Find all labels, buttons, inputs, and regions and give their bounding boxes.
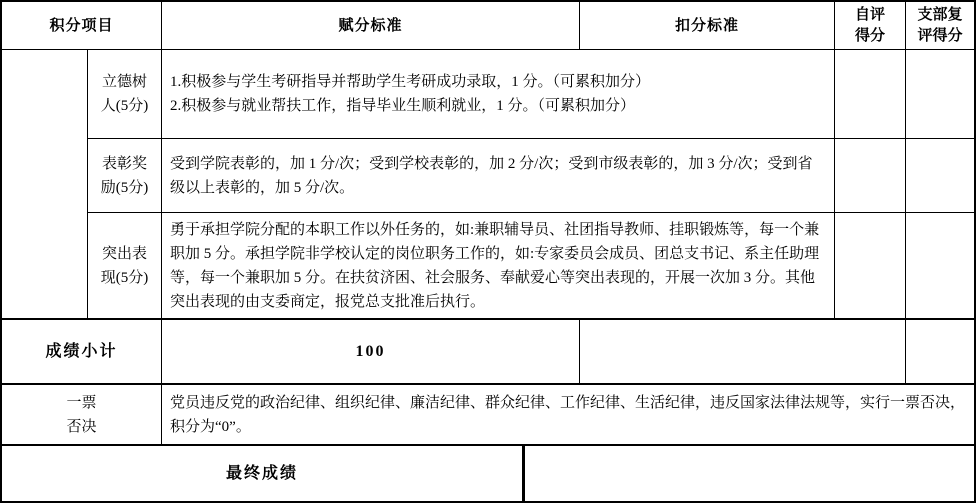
header-award-standard: 赋分标准 bbox=[162, 2, 580, 50]
header-branch-score: 支部复 评得分 bbox=[906, 2, 974, 50]
self-score-cell[interactable] bbox=[835, 50, 906, 139]
header-deduction-standard: 扣分标准 bbox=[580, 2, 835, 50]
category-spacer-cell bbox=[2, 50, 88, 320]
branch-score-cell[interactable] bbox=[906, 213, 974, 320]
score-table: 积分项目 赋分标准 扣分标准 自评 得分 支部复 评得分 立德树 人(5分) 1… bbox=[0, 0, 976, 503]
row-label-commendation-award: 表彰奖 励(5分) bbox=[88, 139, 162, 213]
branch-score-cell[interactable] bbox=[906, 139, 974, 213]
subtotal-branch-score-cell[interactable] bbox=[906, 320, 974, 385]
self-score-cell[interactable] bbox=[835, 213, 906, 320]
header-self-score: 自评 得分 bbox=[835, 2, 906, 50]
veto-label: 一票 否决 bbox=[2, 385, 162, 446]
row-text-outstanding-performance: 勇于承担学院分配的本职工作以外任务的，如:兼职辅导员、社团指导教师、挂职锻炼等，… bbox=[162, 213, 835, 320]
row-label-outstanding-performance: 突出表 现(5分) bbox=[88, 213, 162, 320]
row-label-moral-education: 立德树 人(5分) bbox=[88, 50, 162, 139]
self-score-cell[interactable] bbox=[835, 139, 906, 213]
veto-text: 党员违反党的政治纪律、组织纪律、廉洁纪律、群众纪律、工作纪律、生活纪律，违反国家… bbox=[162, 385, 974, 446]
score-table-document: 积分项目 赋分标准 扣分标准 自评 得分 支部复 评得分 立德树 人(5分) 1… bbox=[0, 0, 976, 503]
header-points-item: 积分项目 bbox=[2, 2, 162, 50]
final-score-cell[interactable] bbox=[523, 446, 974, 501]
subtotal-label: 成绩小计 bbox=[2, 320, 162, 385]
subtotal-value: 100 bbox=[162, 320, 580, 385]
row-text-moral-education: 1.积极参与学生考研指导并帮助学生考研成功录取，1 分。（可累积加分） 2.积极… bbox=[162, 50, 835, 139]
subtotal-empty-cell[interactable] bbox=[580, 320, 906, 385]
branch-score-cell[interactable] bbox=[906, 50, 974, 139]
row-text-commendation-award: 受到学院表彰的，加 1 分/次；受到学校表彰的，加 2 分/次；受到市级表彰的，… bbox=[162, 139, 835, 213]
final-score-label: 最终成绩 bbox=[2, 446, 523, 501]
